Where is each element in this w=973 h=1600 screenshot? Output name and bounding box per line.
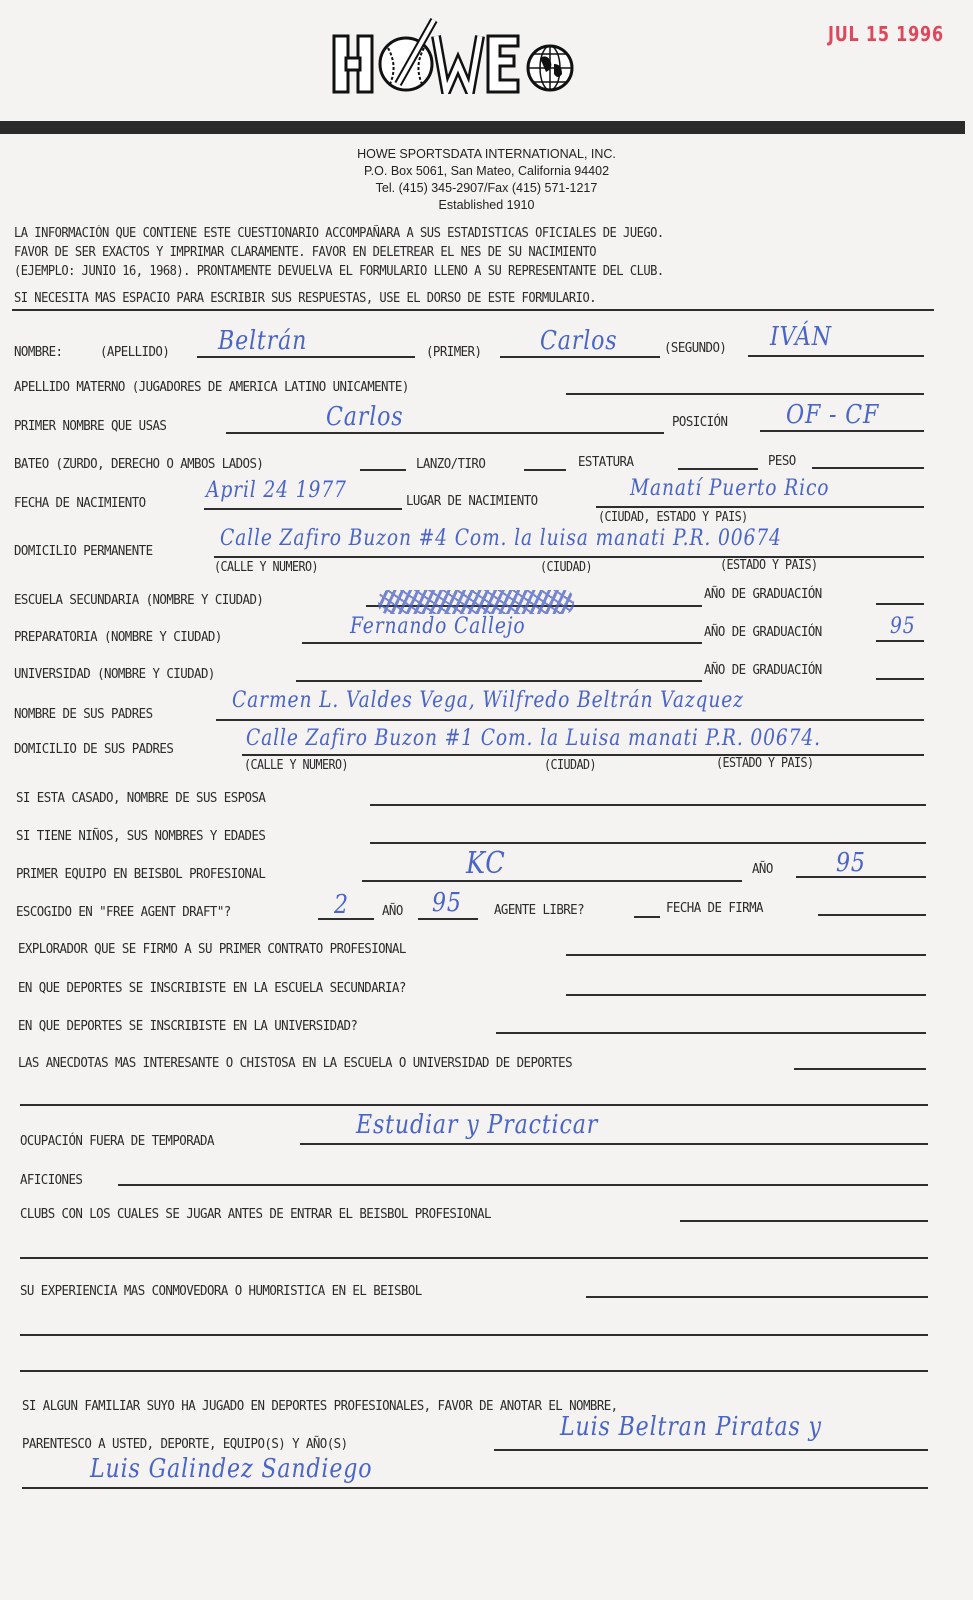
- anecdotas-label: LAS ANECDOTAS MAS INTERESANTE O CHISTOSA…: [18, 1055, 572, 1071]
- header-divider-bar: [0, 121, 965, 134]
- primer-nombre-field[interactable]: Carlos: [540, 326, 617, 356]
- preparatoria-grad-label: AÑO DE GRADUACIÓN: [704, 624, 822, 640]
- anecdotas-field-line-2[interactable]: [20, 1104, 928, 1106]
- domicilio-calle-sublabel: (CALLE Y NUMERO): [214, 560, 318, 575]
- lanzo-field[interactable]: [524, 469, 566, 471]
- company-phone-fax: Tel. (415) 345-2907/Fax (415) 571-1217: [0, 181, 973, 195]
- domicilio-padres-ciudad-sublabel: (CIUDAD): [544, 758, 596, 773]
- deportes-universidad-field[interactable]: [496, 1032, 926, 1034]
- familiar-line-1: [494, 1449, 928, 1451]
- apellido-line: [197, 356, 415, 358]
- explorador-label: EXPLORADOR QUE SE FIRMO A SU PRIMER CONT…: [18, 941, 406, 957]
- domicilio-padres-line: [242, 754, 924, 756]
- deportes-universidad-label: EN QUE DEPORTES SE INSCRIBISTE EN LA UNI…: [18, 1018, 357, 1034]
- domicilio-permanente-field[interactable]: Calle Zafiro Buzon #4 Com. la luisa mana…: [220, 526, 782, 551]
- lanzo-label: LANZO/TIRO: [416, 456, 485, 472]
- instructions-line-2: FAVOR DE SER EXACTOS Y IMPRIMAR CLARAMEN…: [14, 245, 596, 260]
- domicilio-padres-label: DOMICILIO DE SUS PADRES: [14, 741, 173, 757]
- lugar-nacimiento-line: [596, 506, 924, 508]
- preparatoria-label: PREPARATORIA (NOMBRE Y CIUDAD): [14, 629, 222, 645]
- howe-logo: [328, 14, 588, 94]
- escuela-grad-field[interactable]: [876, 603, 924, 605]
- deportes-secundaria-field[interactable]: [566, 994, 926, 996]
- fecha-nacimiento-line: [204, 508, 402, 510]
- experiencia-field-line-3[interactable]: [20, 1370, 928, 1372]
- familiar-field-2[interactable]: Luis Galindez Sandiego: [90, 1454, 372, 1484]
- familiar-label-1: SI ALGUN FAMILIAR SUYO HA JUGADO EN DEPO…: [22, 1398, 618, 1414]
- primer-equipo-field[interactable]: KC: [466, 846, 506, 881]
- estatura-field[interactable]: [678, 468, 758, 470]
- preparatoria-field[interactable]: Fernando Callejo: [350, 614, 526, 639]
- primer-equipo-line: [362, 880, 742, 882]
- preparatoria-grad-field[interactable]: 95: [890, 614, 916, 639]
- preparatoria-grad-line: [876, 640, 924, 642]
- draft-label: ESCOGIDO EN "FREE AGENT DRAFT"?: [16, 904, 231, 920]
- segundo-nombre-field[interactable]: IVÁN: [770, 322, 832, 352]
- fecha-nacimiento-label: FECHA DE NACIMIENTO: [14, 495, 146, 511]
- apellido-materno-field[interactable]: [566, 393, 924, 395]
- primer-nombre-usas-field[interactable]: Carlos: [326, 402, 403, 432]
- primer-equipo-ano-label: AÑO: [752, 861, 773, 877]
- apellido-label: (APELLIDO): [100, 344, 169, 360]
- instructions-line-1: LA INFORMACIÓN QUE CONTIENE ESTE CUESTIO…: [14, 226, 664, 241]
- fecha-firma-field[interactable]: [818, 914, 926, 916]
- peso-label: PESO: [768, 453, 796, 469]
- domicilio-padres-estado-sublabel: (ESTADO Y PAIS): [716, 756, 814, 771]
- agente-libre-field[interactable]: [634, 916, 660, 918]
- apellido-field[interactable]: Beltrán: [218, 326, 307, 356]
- experiencia-field[interactable]: [586, 1296, 928, 1298]
- esposa-label: SI ESTA CASADO, NOMBRE DE SUS ESPOSA: [16, 790, 265, 806]
- universidad-grad-label: AÑO DE GRADUACIÓN: [704, 662, 822, 678]
- draft-ano-line: [418, 918, 478, 920]
- primer-line: [500, 356, 660, 358]
- domicilio-ciudad-sublabel: (CIUDAD): [540, 560, 592, 575]
- domicilio-padres-field[interactable]: Calle Zafiro Buzon #1 Com. la Luisa mana…: [246, 726, 821, 751]
- experiencia-field-line-2[interactable]: [20, 1334, 928, 1336]
- clubs-field-line-2[interactable]: [20, 1257, 928, 1259]
- ocupacion-field[interactable]: Estudiar y Practicar: [356, 1110, 598, 1140]
- baseball-bat-globe-logo-icon: [328, 14, 588, 94]
- lugar-nacimiento-sublabel: (CIUDAD, ESTADO Y PAIS): [598, 510, 748, 525]
- escuela-secundaria-label: ESCUELA SECUNDARIA (NOMBRE Y CIUDAD): [14, 592, 263, 608]
- draft-ano-field[interactable]: 95: [432, 888, 462, 918]
- ninos-field[interactable]: [370, 842, 926, 844]
- padres-line: [216, 719, 924, 721]
- primer-label: (PRIMER): [426, 344, 481, 360]
- universidad-field[interactable]: [296, 680, 702, 682]
- lugar-nacimiento-label: LUGAR DE NACIMIENTO: [406, 493, 538, 509]
- domicilio-padres-calle-sublabel: (CALLE Y NUMERO): [244, 758, 348, 773]
- fecha-firma-label: FECHA DE FIRMA: [666, 900, 763, 916]
- received-date-stamp: JUL 15 1996: [828, 22, 944, 46]
- company-established: Established 1910: [0, 198, 973, 212]
- instructions-line-4: SI NECESITA MAS ESPACIO PARA ESCRIBIR SU…: [14, 291, 596, 306]
- ocupacion-line: [300, 1143, 928, 1145]
- nombre-label: NOMBRE:: [14, 344, 62, 360]
- explorador-field[interactable]: [566, 954, 926, 956]
- preparatoria-line: [302, 642, 702, 644]
- apellido-materno-label: APELLIDO MATERNO (JUGADORES DE AMERICA L…: [14, 379, 409, 395]
- primer-nombre-usas-label: PRIMER NOMBRE QUE USAS: [14, 418, 166, 434]
- universidad-grad-field[interactable]: [876, 678, 924, 680]
- company-name: HOWE SPORTSDATA INTERNATIONAL, INC.: [0, 147, 973, 161]
- anecdotas-field[interactable]: [794, 1068, 926, 1070]
- scribbled-out-text: [378, 590, 574, 614]
- familiar-line-2: [22, 1487, 928, 1489]
- lugar-nacimiento-field[interactable]: Manatí Puerto Rico: [630, 476, 829, 501]
- primer-nombre-usas-line: [226, 432, 664, 434]
- estatura-label: ESTATURA: [578, 454, 633, 470]
- deportes-secundaria-label: EN QUE DEPORTES SE INSCRIBISTE EN LA ESC…: [18, 980, 406, 996]
- draft-round-field[interactable]: 2: [334, 890, 349, 920]
- instructions-line-3: (EJEMPLO: JUNIO 16, 1968). PRONTAMENTE D…: [14, 264, 664, 279]
- ocupacion-label: OCUPACIÓN FUERA DE TEMPORADA: [20, 1133, 214, 1149]
- familiar-label-2: PARENTESCO A USTED, DEPORTE, EQUIPO(S) Y…: [22, 1436, 348, 1452]
- segundo-label: (SEGUNDO): [664, 340, 726, 356]
- peso-field[interactable]: [812, 467, 924, 469]
- draft-ano-label: AÑO: [382, 903, 403, 919]
- instructions-underline: [12, 309, 934, 311]
- bateo-label: BATEO (ZURDO, DERECHO O AMBOS LADOS): [14, 456, 263, 472]
- experiencia-label: SU EXPERIENCIA MAS CONMOVEDORA O HUMORIS…: [20, 1283, 422, 1299]
- aficiones-label: AFICIONES: [20, 1172, 82, 1188]
- company-address: P.O. Box 5061, San Mateo, California 944…: [0, 164, 973, 178]
- ninos-label: SI TIENE NIÑOS, SUS NOMBRES Y EDADES: [16, 828, 265, 844]
- posicion-field[interactable]: OF - CF: [786, 400, 879, 430]
- familiar-field-1[interactable]: Luis Beltran Piratas y: [560, 1412, 822, 1442]
- esposa-field[interactable]: [370, 804, 926, 806]
- agente-libre-label: AGENTE LIBRE?: [494, 902, 584, 918]
- segundo-line: [748, 355, 924, 357]
- fecha-nacimiento-field[interactable]: April 24 1977: [206, 478, 347, 503]
- padres-label: NOMBRE DE SUS PADRES: [14, 706, 153, 722]
- primer-equipo-label: PRIMER EQUIPO EN BEISBOL PROFESIONAL: [16, 866, 265, 882]
- clubs-label: CLUBS CON LOS CUALES SE JUGAR ANTES DE E…: [20, 1206, 491, 1222]
- bateo-field[interactable]: [360, 469, 406, 471]
- universidad-label: UNIVERSIDAD (NOMBRE Y CIUDAD): [14, 666, 215, 682]
- escuela-grad-label: AÑO DE GRADUACIÓN: [704, 586, 822, 602]
- domicilio-permanente-label: DOMICILIO PERMANENTE: [14, 543, 153, 559]
- clubs-field[interactable]: [680, 1220, 928, 1222]
- domicilio-estado-sublabel: (ESTADO Y PAIS): [720, 558, 818, 573]
- aficiones-field[interactable]: [118, 1184, 928, 1186]
- posicion-label: POSICIÓN: [672, 414, 727, 430]
- posicion-line: [760, 430, 924, 432]
- padres-field[interactable]: Carmen L. Valdes Vega, Wilfredo Beltrán …: [232, 688, 744, 713]
- primer-equipo-ano-field[interactable]: 95: [836, 848, 866, 878]
